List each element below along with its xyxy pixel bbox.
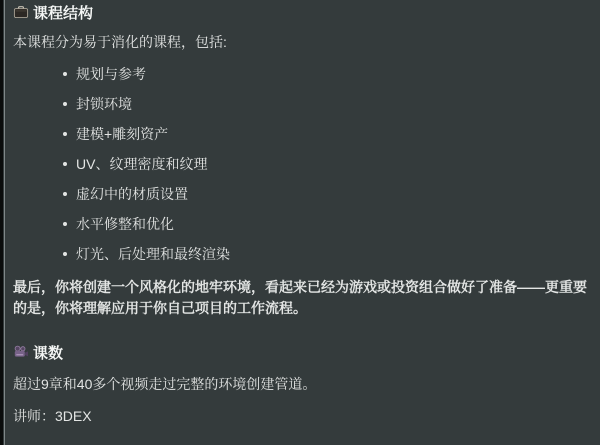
list-item: 虚幻中的材质设置 (63, 187, 590, 202)
course-topics-list: 规划与参考 封锁环境 建模+雕刻资产 UV、纹理密度和纹理 虚幻中的材质设置 水… (13, 67, 590, 262)
list-item: 建模+雕刻资产 (63, 127, 590, 142)
course-structure-heading: 课程结构 (13, 2, 590, 22)
heading-label: 课数 (33, 342, 63, 363)
briefcase-icon (13, 4, 29, 20)
page: 课程结构 本课程分为易于消化的课程，包括: 规划与参考 封锁环境 建模+雕刻资产… (0, 0, 600, 445)
lesson-count-section: 课数 超过9章和40多个视频走过完整的环境创建管道。 讲师：3DEX (13, 342, 590, 425)
chapters-paragraph: 超过9章和40多个视频走过完整的环境创建管道。 (13, 375, 590, 393)
lesson-count-heading: 课数 (13, 342, 590, 362)
content: 课程结构 本课程分为易于消化的课程，包括: 规划与参考 封锁环境 建模+雕刻资产… (0, 0, 600, 425)
course-structure-section: 课程结构 本课程分为易于消化的课程，包括: 规划与参考 封锁环境 建模+雕刻资产… (13, 2, 590, 319)
intro-paragraph: 本课程分为易于消化的课程，包括: (13, 33, 590, 51)
list-item: 封锁环境 (63, 97, 590, 112)
list-item: 规划与参考 (63, 67, 590, 82)
instructor-line: 讲师：3DEX (13, 407, 590, 425)
outro-paragraph: 最后，你将创建一个风格化的地牢环境，看起来已经为游戏或投资组合做好了准备——更重… (13, 277, 591, 319)
list-item: UV、纹理密度和纹理 (63, 157, 590, 172)
list-item: 水平修整和优化 (63, 217, 590, 232)
heading-label: 课程结构 (33, 2, 93, 23)
movie-camera-icon (13, 344, 29, 360)
list-item: 灯光、后处理和最终渲染 (63, 247, 590, 262)
